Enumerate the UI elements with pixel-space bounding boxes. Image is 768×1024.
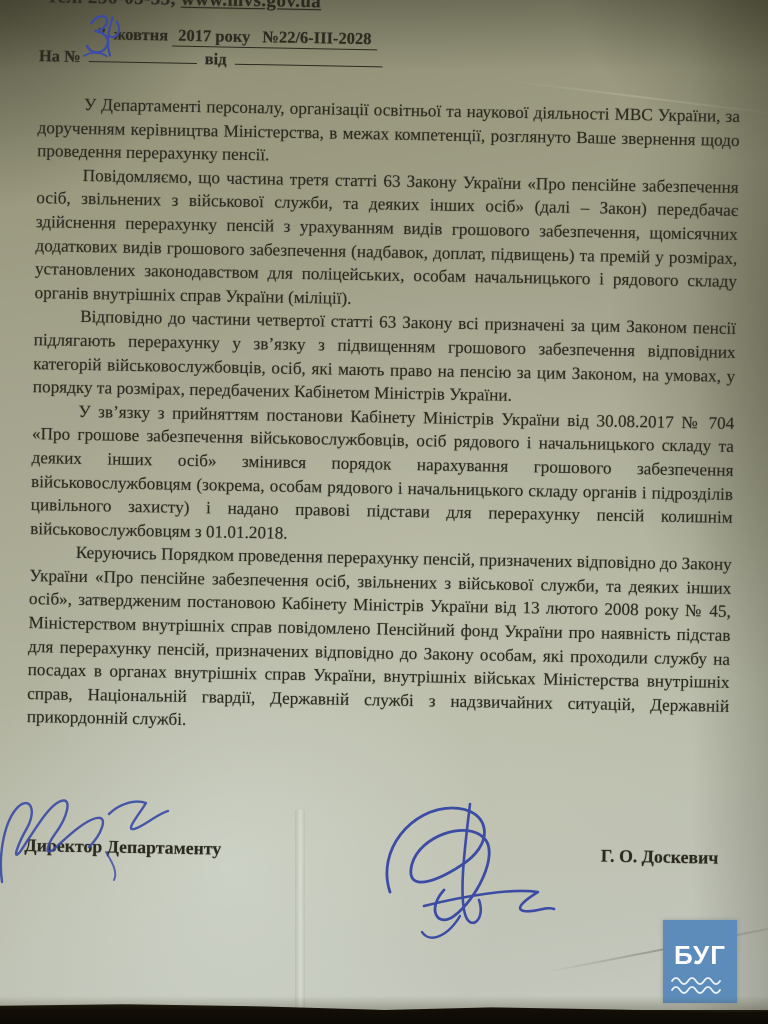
month-label: жовтня [114,24,169,44]
paragraph: Повідомляємо, що частина третя статті 63… [34,163,738,317]
day-close-quote: ” [97,24,106,43]
from-label: від [205,49,227,68]
ref-number-blank [89,46,197,64]
phone-text: тел. 256-03-33, [48,0,176,10]
paper-sheet: тел. 256-03-33, www.mvs.gov.ua ” жовтня … [0,0,768,1010]
paragraph: У Департаменті персоналу, організації ос… [37,92,740,176]
signature-row: Директор Департаменту Г. О. Доскевич [24,835,724,869]
paragraph: Відповідно до частини четвертої статті 6… [33,304,737,411]
contact-line: тел. 256-03-33, www.mvs.gov.ua [48,0,322,13]
watermark-text: БУГ [674,942,726,968]
signatory-name: Г. О. Доскевич [601,846,725,869]
ref-label: На № [39,46,81,66]
paragraph: У зв’язку з прийняттям постанови Кабінет… [30,399,734,553]
paragraph: Керуючись Порядком проведення перерахунк… [27,540,732,742]
year-text: 2017 року [172,26,256,49]
waves-icon [671,976,729,996]
website-text: www.mvs.gov.ua [181,0,322,12]
doc-number: №22/6-ІІІ-2028 [256,27,378,50]
ref-date-blank [234,49,382,68]
letter-body: У Департаменті персоналу, організації ос… [27,92,741,742]
signatory-title: Директор Департаменту [24,835,221,860]
document-photo: тел. 256-03-33, www.mvs.gov.ua ” жовтня … [0,0,768,1024]
letter-content: тел. 256-03-33, www.mvs.gov.ua ” жовтня … [22,0,744,1009]
watermark-logo: БУГ [663,920,737,1003]
